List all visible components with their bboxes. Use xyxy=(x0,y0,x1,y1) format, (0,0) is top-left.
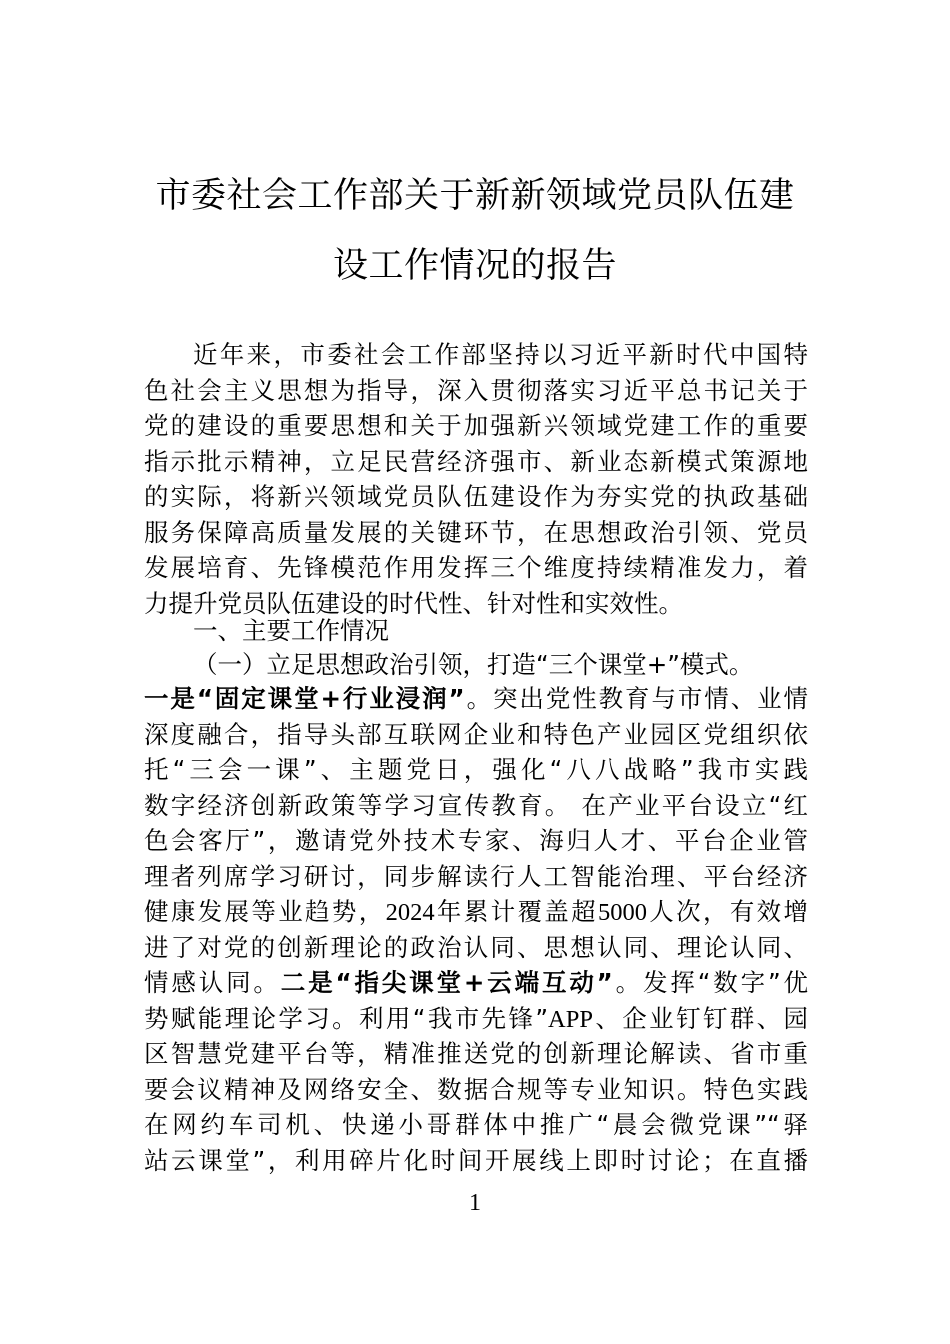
bold-lead: 一是“固定课堂+行业浸润” xyxy=(144,684,465,713)
document-page: 市委社会工作部关于新新领域党员队伍建 设工作情况的报告 近年来，市委社会工作部坚… xyxy=(0,0,950,1344)
paragraph-line: 托“三会一课”、主题党日，强化“八八战略”我市实践 xyxy=(144,755,808,785)
paragraph-line: 情感认同。二是“指尖课堂+云端互动”。发挥“数字”优 xyxy=(144,968,808,998)
paragraph-line: 力提升党员队伍建设的时代性、针对性和实效性。 xyxy=(144,589,808,619)
bold-lead: 二是“指尖课堂+云端互动” xyxy=(281,968,613,997)
paragraph-line: 服务保障高质量发展的关键环节，在思想政治引领、党员 xyxy=(144,518,808,548)
paragraph-line: 色会客厅”，邀请党外技术专家、海归人才、平台企业管 xyxy=(144,826,808,856)
paragraph-line: 数字经济创新政策等学习宣传教育。 在产业平台设立“红 xyxy=(144,791,808,821)
paragraph-line: 发展培育、先锋模范作用发挥三个维度持续精准发力，着 xyxy=(144,553,808,583)
paragraph-line: 区智慧党建平台等，精准推送党的创新理论解读、省市重 xyxy=(144,1039,808,1069)
paragraph-line: 近年来，市委社会工作部坚持以习近平新时代中国特 xyxy=(144,340,808,370)
document-title-line-1: 市委社会工作部关于新新领域党员队伍建 xyxy=(140,176,810,216)
paragraph-line: 势赋能理论学习。利用“我市先锋”APP、企业钉钉群、园 xyxy=(144,1004,808,1034)
paragraph-line: 指示批示精神，立足民营经济强市、新业态新模式策源地 xyxy=(144,447,808,477)
paragraph-line: 党的建设的重要思想和关于加强新兴领域党建工作的重要 xyxy=(144,411,808,441)
page-number: 1 xyxy=(0,1189,950,1217)
section-heading: 一、主要工作情况 xyxy=(144,616,808,646)
paragraph-line: 的实际，将新兴领域党员队伍建设作为夯实党的执政基础 xyxy=(144,482,808,512)
paragraph-line: 深度融合，指导头部互联网企业和特色产业园区党组织依 xyxy=(144,720,808,750)
paragraph-line: 站云课堂”，利用碎片化时间开展线上即时讨论；在直播 xyxy=(144,1146,808,1176)
paragraph-line: 要会议精神及网络安全、数据合规等专业知识。特色实践 xyxy=(144,1075,808,1105)
paragraph-line: 理者列席学习研讨，同步解读行人工智能治理、平台经济 xyxy=(144,862,808,892)
subsection-heading: （一）立足思想政治引领，打造“三个课堂+”模式。 xyxy=(144,650,808,680)
paragraph-line: 色社会主义思想为指导，深入贯彻落实习近平总书记关于 xyxy=(144,376,808,406)
paragraph-line: 进了对党的创新理论的政治认同、思想认同、理论认同、 xyxy=(144,933,808,963)
paragraph-line: 健康发展等业趋势，2024年累计覆盖超5000人次，有效增 xyxy=(144,897,808,927)
paragraph-line: 一是“固定课堂+行业浸润”。突出党性教育与市情、业情 xyxy=(144,684,808,714)
document-title-line-2: 设工作情况的报告 xyxy=(140,246,810,286)
paragraph-line: 在网约车司机、快递小哥群体中推广“晨会微党课”“驿 xyxy=(144,1110,808,1140)
